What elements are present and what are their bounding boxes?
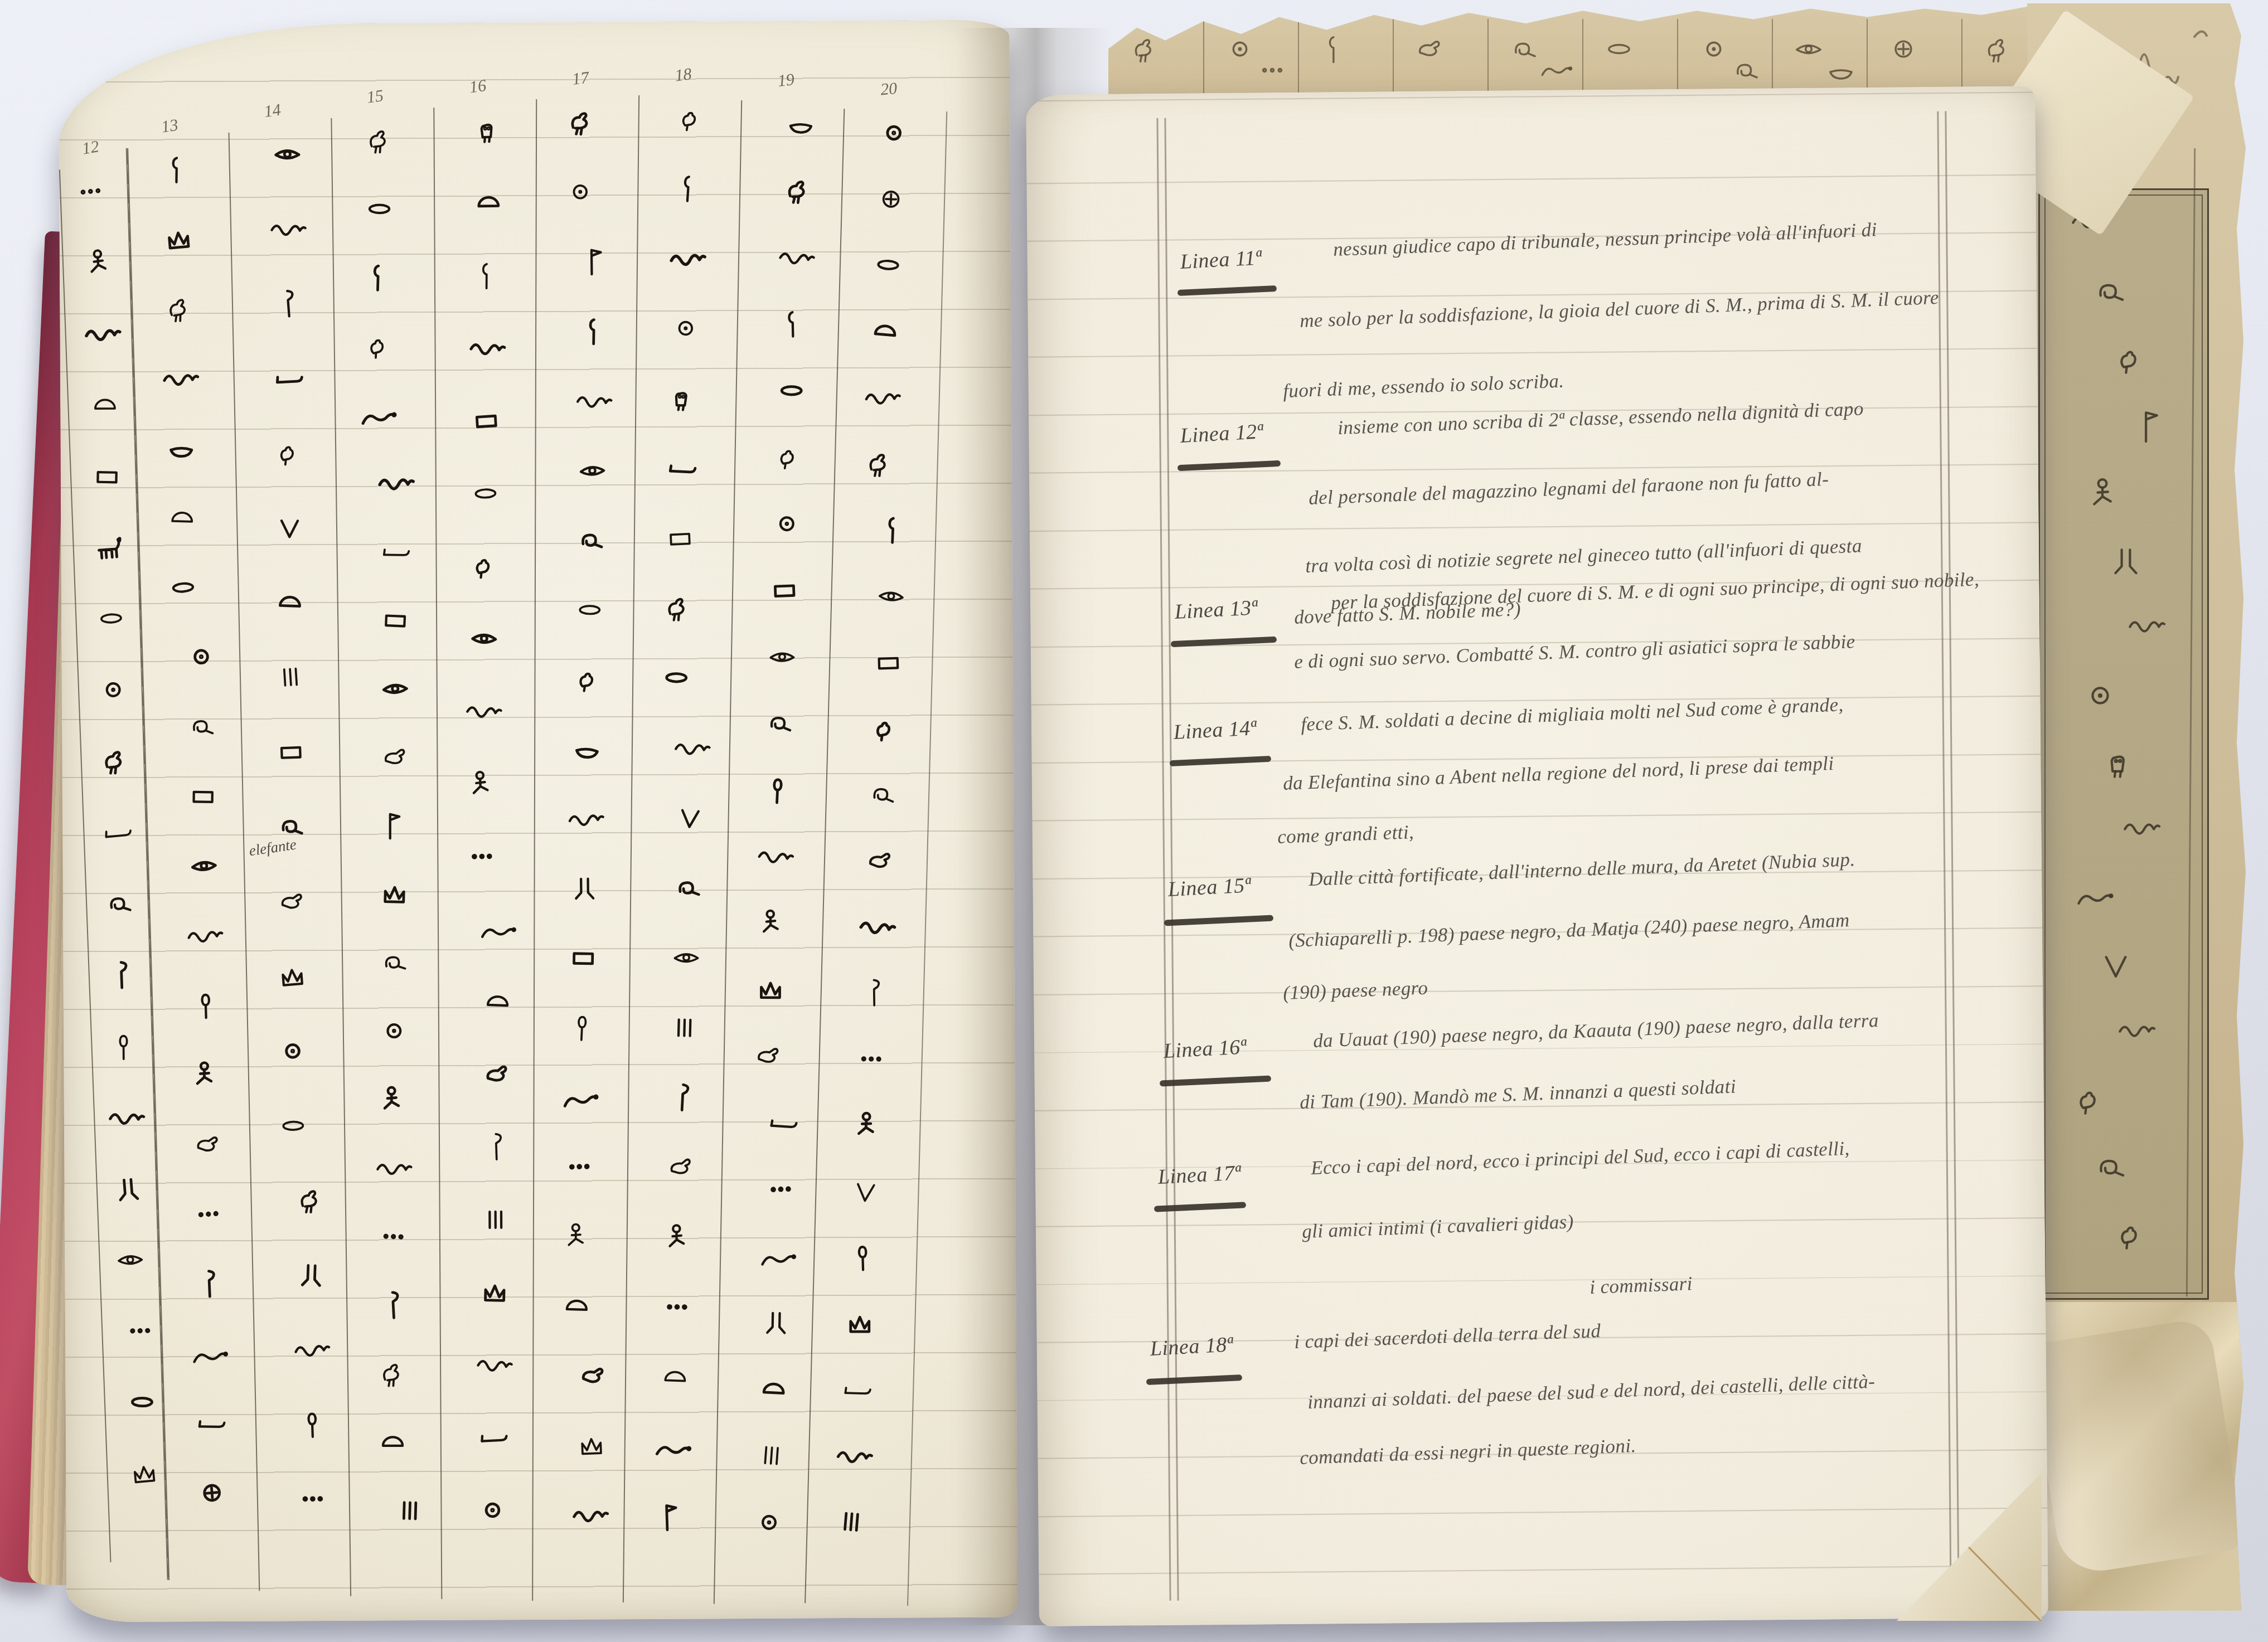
hieroglyph-mouth-icon bbox=[362, 192, 397, 226]
hieroglyph-man-icon bbox=[755, 905, 790, 940]
hieroglyph-sun-icon bbox=[769, 506, 806, 542]
hieroglyph-man-icon bbox=[376, 1082, 411, 1117]
hieroglyph-chick-icon bbox=[2111, 1214, 2152, 1255]
hieroglyph-legs-icon bbox=[110, 1170, 147, 1208]
photo-open-notebook: 50 121314elefante151617181920 Linea 11ªn… bbox=[0, 0, 2268, 1642]
hieroglyph-water-icon bbox=[2121, 810, 2162, 851]
hieroglyph-staff-icon bbox=[104, 957, 139, 993]
hieroglyph-owl-icon bbox=[2100, 742, 2141, 784]
hieroglyph-bird-icon bbox=[161, 290, 197, 327]
hieroglyph-eye-icon bbox=[1791, 31, 1826, 67]
hieroglyph-dots3-icon bbox=[854, 1042, 889, 1077]
hieroglyph-box-icon bbox=[767, 572, 802, 608]
hieroglyph-duck-icon bbox=[663, 1149, 699, 1186]
hieroglyph-water-icon bbox=[376, 465, 416, 506]
hieroglyph-ka-icon bbox=[125, 1455, 163, 1492]
hieroglyph-circlex-icon bbox=[193, 1474, 231, 1512]
hieroglyph-snake-icon bbox=[478, 911, 519, 952]
hieroglyph-snake-icon bbox=[758, 1238, 799, 1279]
hieroglyph-staff-icon bbox=[856, 975, 891, 1011]
hieroglyph-box-icon bbox=[90, 459, 125, 494]
hieroglyph-bird-icon bbox=[661, 590, 696, 625]
hieroglyph-chick-icon bbox=[361, 328, 398, 365]
hieroglyph-bread-icon bbox=[755, 1371, 792, 1407]
hieroglyph-bird-icon bbox=[1127, 31, 1163, 67]
hieroglyph-arm-icon bbox=[270, 360, 307, 396]
hieroglyph-water-icon bbox=[671, 730, 713, 772]
hieroglyph-sun-icon bbox=[668, 311, 703, 346]
hieroglyph-water-icon bbox=[565, 801, 607, 843]
hieroglyph-column-17: 17 bbox=[532, 99, 638, 1601]
hieroglyph-tick3-icon bbox=[272, 659, 309, 696]
hieroglyph-snake-icon bbox=[1539, 52, 1574, 88]
hieroglyph-reed-icon bbox=[1317, 31, 1353, 67]
hieroglyph-duck-icon bbox=[861, 843, 898, 879]
hieroglyph-tick3-icon bbox=[667, 1010, 702, 1045]
hieroglyph-box-icon bbox=[468, 402, 505, 439]
hieroglyph-legs-icon bbox=[759, 1305, 794, 1340]
column-number: 17 bbox=[571, 69, 590, 89]
hieroglyph-water-icon bbox=[374, 1150, 414, 1191]
hieroglyph-rope-icon bbox=[865, 777, 900, 813]
hieroglyph-sun-icon bbox=[2080, 675, 2121, 716]
hieroglyph-man-icon bbox=[561, 1219, 595, 1254]
hieroglyph-water-icon bbox=[290, 1331, 333, 1373]
hieroglyph-rope-icon bbox=[185, 709, 220, 744]
hieroglyph-snake-icon bbox=[2075, 877, 2116, 919]
hieroglyph-legs-icon bbox=[2105, 540, 2146, 581]
hieroglyph-rope-icon bbox=[573, 522, 609, 558]
hieroglyph-water-icon bbox=[2126, 608, 2167, 649]
hieroglyph-water-icon bbox=[667, 241, 708, 282]
hieroglyph-water-icon bbox=[833, 1438, 875, 1480]
hieroglyph-box-icon bbox=[186, 779, 221, 814]
hieroglyph-bird-icon bbox=[862, 446, 897, 482]
hieroglyph-duck-icon bbox=[479, 1056, 516, 1093]
left-margin-line-2 bbox=[1164, 118, 1179, 1601]
hieroglyph-rope-icon bbox=[2090, 1147, 2131, 1188]
hieroglyph-staff-icon bbox=[270, 285, 307, 322]
hieroglyph-bread-icon bbox=[480, 984, 516, 1019]
hieroglyph-bread-icon bbox=[471, 185, 506, 220]
hieroglyph-mouth-icon bbox=[573, 592, 607, 627]
hieroglyph-sandal-icon bbox=[672, 799, 709, 836]
hieroglyph-box-icon bbox=[566, 940, 601, 975]
hieroglyph-reed-icon bbox=[578, 314, 613, 349]
hieroglyph-box-icon bbox=[377, 602, 414, 638]
right-margin-line-1 bbox=[1937, 111, 1951, 1594]
hieroglyph-owl-icon bbox=[666, 381, 701, 416]
hieroglyph-flag-icon bbox=[654, 1499, 690, 1535]
hieroglyph-eye-icon bbox=[669, 940, 704, 975]
hieroglyph-dots3-icon bbox=[295, 1481, 330, 1516]
hieroglyph-flag-icon bbox=[2131, 406, 2172, 447]
hieroglyph-bread-icon bbox=[559, 1288, 595, 1324]
hieroglyph-rope-icon bbox=[376, 944, 413, 981]
hieroglyph-chick-icon bbox=[673, 101, 709, 137]
hieroglyph-bread-icon bbox=[866, 313, 904, 350]
hieroglyph-arm-icon bbox=[765, 1105, 802, 1141]
right-margin-line-2 bbox=[1945, 111, 1959, 1594]
hieroglyph-sandal-icon bbox=[272, 511, 307, 545]
hieroglyph-water-icon bbox=[462, 693, 505, 735]
hieroglyph-duck-icon bbox=[190, 1127, 225, 1163]
hieroglyph-bread-icon bbox=[272, 585, 308, 620]
column-number: 12 bbox=[81, 137, 100, 158]
hieroglyph-dots3-icon bbox=[1254, 52, 1290, 88]
hieroglyph-arm-icon bbox=[475, 1419, 511, 1455]
column-number: 16 bbox=[468, 76, 487, 98]
hieroglyph-bread-icon bbox=[164, 500, 200, 536]
column-number: 19 bbox=[777, 70, 795, 91]
hieroglyph-circlex-icon bbox=[873, 182, 909, 217]
hieroglyph-feather-icon bbox=[564, 1009, 600, 1046]
hieroglyph-staff-icon bbox=[375, 1287, 411, 1323]
hieroglyph-water-icon bbox=[473, 1347, 515, 1389]
hieroglyph-feather-icon bbox=[845, 1240, 880, 1275]
hieroglyph-basket-icon bbox=[783, 106, 818, 142]
hieroglyph-tick3-icon bbox=[833, 1503, 870, 1541]
hieroglyph-bird-icon bbox=[1980, 31, 2016, 67]
hieroglyph-sandal-icon bbox=[847, 1173, 884, 1210]
hieroglyph-side-column bbox=[2038, 188, 2209, 1300]
hieroglyph-reed-icon bbox=[876, 512, 912, 548]
column-number: 15 bbox=[366, 86, 385, 108]
old-sheet-right-edge: 50 bbox=[2027, 3, 2250, 1611]
hieroglyph-mouth-icon bbox=[125, 1384, 159, 1419]
hieroglyph-mouth-icon bbox=[1601, 31, 1637, 67]
hieroglyph-mouth-icon bbox=[659, 660, 694, 695]
hieroglyph-chick-icon bbox=[2110, 338, 2151, 380]
hieroglyph-bird-icon bbox=[781, 173, 817, 209]
hieroglyph-man-icon bbox=[2085, 473, 2126, 514]
hieroglyph-feather-icon bbox=[188, 987, 224, 1023]
hieroglyph-basket-icon bbox=[569, 731, 605, 767]
column-number: 18 bbox=[674, 65, 693, 85]
hieroglyph-flag-icon bbox=[579, 244, 614, 279]
hieroglyph-box-icon bbox=[273, 734, 309, 770]
hieroglyph-tick3-icon bbox=[753, 1437, 789, 1474]
hieroglyph-arm-icon bbox=[99, 814, 136, 851]
hieroglyph-reed-icon bbox=[471, 258, 506, 293]
hieroglyph-dots3-icon bbox=[464, 839, 500, 874]
hieroglyph-water-icon bbox=[184, 917, 226, 959]
hieroglyph-chick-icon bbox=[868, 711, 903, 746]
hieroglyph-rope-icon bbox=[1506, 31, 1542, 67]
hieroglyph-mouth-icon bbox=[468, 475, 503, 511]
hieroglyph-water-icon bbox=[862, 380, 903, 421]
hieroglyph-bird-icon bbox=[375, 1356, 411, 1392]
hieroglyph-chick-icon bbox=[2070, 1079, 2111, 1120]
hieroglyph-sandal-icon bbox=[2095, 945, 2136, 986]
hieroglyph-eye-icon bbox=[377, 671, 413, 707]
hieroglyph-eye-icon bbox=[185, 847, 222, 885]
hieroglyph-water-icon bbox=[754, 838, 797, 881]
hieroglyph-sun-icon bbox=[475, 1493, 510, 1528]
hieroglyph-water-icon bbox=[268, 211, 308, 252]
column-annotation: elefante bbox=[248, 836, 298, 860]
hieroglyph-reed-icon bbox=[671, 170, 707, 207]
hieroglyph-water-icon bbox=[774, 239, 817, 281]
hieroglyph-rope-icon bbox=[2090, 271, 2131, 312]
hieroglyph-snake-icon bbox=[358, 396, 400, 438]
hieroglyph-ka-icon bbox=[377, 876, 413, 912]
hieroglyph-mouth-icon bbox=[164, 569, 201, 606]
hieroglyph-ka-icon bbox=[574, 1427, 609, 1463]
hieroglyph-staff-icon bbox=[191, 1266, 227, 1302]
hieroglyph-chick-icon bbox=[467, 548, 502, 583]
hieroglyph-arm-icon bbox=[378, 534, 413, 569]
hieroglyph-duck-icon bbox=[377, 740, 413, 775]
hieroglyph-snake-icon bbox=[190, 1336, 231, 1377]
hieroglyph-bird-icon bbox=[563, 104, 600, 140]
hieroglyph-sun-icon bbox=[376, 1013, 412, 1048]
hieroglyph-sun-icon bbox=[752, 1505, 787, 1540]
hieroglyph-sun-icon bbox=[563, 174, 598, 210]
hieroglyph-arm-icon bbox=[839, 1372, 875, 1408]
hieroglyph-chick-icon bbox=[772, 439, 807, 475]
hieroglyph-dots3-icon bbox=[375, 1218, 411, 1255]
column-number: 20 bbox=[880, 79, 898, 100]
hieroglyph-column-16: 16 bbox=[433, 107, 544, 1599]
hieroglyph-ka-icon bbox=[160, 221, 197, 258]
hieroglyph-feather-icon bbox=[294, 1406, 330, 1442]
hieroglyph-rope-icon bbox=[762, 706, 797, 741]
hieroglyph-arm-icon bbox=[664, 450, 700, 486]
hieroglyph-eye-icon bbox=[270, 137, 304, 171]
hieroglyph-basket-icon bbox=[164, 431, 198, 465]
hieroglyph-water-icon bbox=[82, 316, 124, 358]
hieroglyph-bird-icon bbox=[362, 123, 398, 158]
hieroglyph-man-icon bbox=[661, 1220, 696, 1255]
hieroglyph-man-icon bbox=[190, 1057, 224, 1092]
column-number: 13 bbox=[160, 116, 180, 137]
hieroglyph-eye-icon bbox=[765, 639, 800, 674]
hieroglyph-box-icon bbox=[870, 645, 906, 681]
hieroglyph-dots3-icon bbox=[561, 1149, 597, 1184]
hieroglyph-duck-icon bbox=[750, 1038, 786, 1073]
hieroglyph-mouth-icon bbox=[774, 373, 809, 408]
hieroglyph-sun-icon bbox=[1696, 31, 1732, 67]
hieroglyph-staff-icon bbox=[478, 1129, 514, 1164]
hieroglyph-eye-icon bbox=[574, 453, 610, 489]
hieroglyph-eye-icon bbox=[467, 621, 502, 656]
crumpled-paper-fold bbox=[2027, 1317, 2245, 1577]
hieroglyph-arm-icon bbox=[193, 1406, 229, 1441]
hieroglyph-ka-icon bbox=[274, 958, 311, 995]
hieroglyph-water-icon bbox=[855, 908, 899, 951]
hieroglyph-duck-icon bbox=[1412, 31, 1447, 67]
hieroglyph-eye-icon bbox=[112, 1242, 148, 1278]
hieroglyph-dots3-icon bbox=[660, 1290, 695, 1325]
hieroglyph-dots3-icon bbox=[190, 1196, 227, 1232]
hieroglyph-water-icon bbox=[570, 1498, 610, 1538]
hieroglyph-mouth-icon bbox=[93, 600, 129, 637]
hieroglyph-eye-icon bbox=[873, 578, 909, 615]
hieroglyph-basket-icon bbox=[1823, 52, 1859, 88]
hieroglyph-owl-icon bbox=[471, 112, 507, 148]
hieroglyph-legs-icon bbox=[293, 1257, 329, 1293]
hieroglyph-reed-icon bbox=[361, 260, 397, 295]
hieroglyph-snake-icon bbox=[652, 1429, 695, 1471]
right-page-translation-notes bbox=[1026, 86, 2048, 1626]
hieroglyph-chick-icon bbox=[272, 435, 307, 470]
hieroglyph-bird-icon bbox=[293, 1183, 328, 1217]
hieroglyph-ka-icon bbox=[842, 1306, 877, 1341]
hieroglyph-man-icon bbox=[850, 1107, 886, 1143]
hieroglyph-animal-icon bbox=[90, 528, 128, 566]
hieroglyph-sun-icon bbox=[876, 115, 911, 150]
hieroglyph-ka-icon bbox=[753, 972, 788, 1007]
column-number: 14 bbox=[263, 100, 282, 122]
hieroglyph-tick3-icon bbox=[392, 1493, 428, 1528]
hieroglyph-bird-icon bbox=[98, 744, 133, 778]
hieroglyph-sun-icon bbox=[95, 672, 130, 707]
hieroglyph-duck-icon bbox=[574, 1358, 611, 1395]
hieroglyph-chick-icon bbox=[571, 662, 607, 697]
hieroglyph-circlex-icon bbox=[1886, 31, 1921, 67]
hieroglyph-sun-icon bbox=[275, 1033, 311, 1069]
hieroglyph-water-icon bbox=[466, 330, 508, 372]
hieroglyph-mouth-icon bbox=[870, 247, 906, 283]
hieroglyph-flag-icon bbox=[377, 809, 412, 843]
hieroglyph-rope-icon bbox=[1728, 52, 1764, 88]
hieroglyph-bread-icon bbox=[657, 1359, 693, 1395]
hieroglyph-legs-icon bbox=[567, 871, 602, 906]
hieroglyph-sun-icon bbox=[183, 639, 220, 675]
hieroglyph-feather-icon bbox=[106, 1029, 141, 1064]
hieroglyph-reed-icon bbox=[160, 152, 195, 187]
hieroglyph-reed-icon bbox=[776, 306, 811, 341]
hieroglyph-snake-icon bbox=[560, 1079, 602, 1121]
hieroglyph-bread-icon bbox=[375, 1425, 410, 1460]
hieroglyph-dots3-icon bbox=[763, 1172, 798, 1207]
hieroglyph-bread-icon bbox=[88, 387, 123, 422]
hieroglyph-water-icon bbox=[2116, 1012, 2157, 1053]
hieroglyph-ka-icon bbox=[477, 1275, 512, 1310]
hieroglyph-man-icon bbox=[464, 766, 501, 802]
hieroglyph-water-icon bbox=[106, 1100, 147, 1141]
hieroglyph-box-icon bbox=[662, 520, 698, 556]
hieroglyph-man-icon bbox=[82, 244, 119, 281]
hieroglyph-dots3-icon bbox=[72, 173, 109, 210]
hieroglyph-water-icon bbox=[160, 361, 201, 402]
hieroglyph-duck-icon bbox=[274, 884, 309, 919]
hieroglyph-rope-icon bbox=[101, 885, 138, 922]
hieroglyph-feather-icon bbox=[759, 772, 796, 808]
hieroglyph-mouth-icon bbox=[275, 1108, 311, 1143]
hieroglyph-rope-icon bbox=[670, 870, 706, 906]
hieroglyph-staff-icon bbox=[665, 1079, 701, 1115]
hieroglyph-water-icon bbox=[573, 383, 614, 425]
left-margin-line-1 bbox=[1156, 118, 1171, 1601]
hieroglyph-dots3-icon bbox=[123, 1313, 158, 1348]
left-page-hieroglyph-table: 121314elefante151617181920 bbox=[59, 20, 1018, 1622]
hieroglyph-tick3-icon bbox=[478, 1202, 513, 1237]
hieroglyph-sun-icon bbox=[1222, 31, 1258, 67]
